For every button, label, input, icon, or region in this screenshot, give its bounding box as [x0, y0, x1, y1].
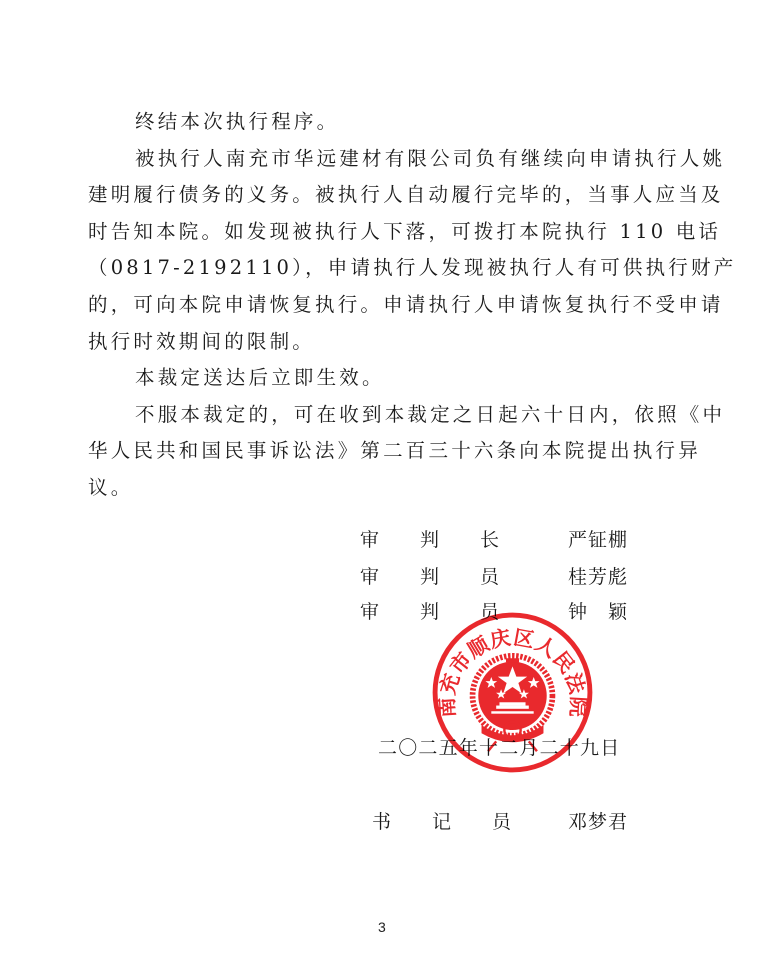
- signature-name: 严钲棚: [568, 525, 628, 552]
- text-line: 议。: [88, 470, 684, 507]
- text-line: 终结本次执行程序。: [88, 104, 684, 141]
- signature-name: 邓梦君: [568, 807, 628, 834]
- paragraph-objection: 不服本裁定的，可在收到本裁定之日起六十日内，依照《中 华人民共和国民事诉讼法》第…: [88, 397, 684, 507]
- paragraph-termination: 终结本次执行程序。: [88, 104, 684, 141]
- text-line: 的，可向本院申请恢复执行。申请执行人申请恢复执行不受申请: [88, 287, 684, 324]
- paragraph-obligation: 被执行人南充市华远建材有限公司负有继续向申请执行人姚 建明履行债务的义务。被执行…: [88, 141, 684, 361]
- ruling-body: 终结本次执行程序。 被执行人南充市华远建材有限公司负有继续向申请执行人姚 建明履…: [88, 104, 684, 507]
- text-line: 执行时效期间的限制。: [88, 324, 684, 361]
- paragraph-effective: 本裁定送达后立即生效。: [88, 360, 684, 397]
- national-emblem-icon: [473, 656, 553, 751]
- page-number: 3: [378, 919, 386, 935]
- document-page: 终结本次执行程序。 被执行人南充市华远建材有限公司负有继续向申请执行人姚 建明履…: [0, 0, 760, 980]
- text-line: 本裁定送达后立即生效。: [88, 360, 684, 397]
- text-line: 华人民共和国民事诉讼法》第二百三十六条向本院提出执行异: [88, 433, 684, 470]
- court-seal-stamp: 南充市顺庆区人民法院: [431, 611, 594, 774]
- text-line: 不服本裁定的，可在收到本裁定之日起六十日内，依照《中: [88, 397, 684, 434]
- text-line: 被执行人南充市华远建材有限公司负有继续向申请执行人姚: [88, 141, 684, 178]
- text-line: （0817-2192110），申请执行人发现被执行人有可供执行财产: [88, 250, 684, 287]
- signature-name: 桂芳彪: [568, 562, 628, 589]
- text-line: 建明履行债务的义务。被执行人自动履行完毕的，当事人应当及: [88, 177, 684, 214]
- text-line: 时告知本院。如发现被执行人下落，可拨打本院执行 110 电话: [88, 214, 684, 251]
